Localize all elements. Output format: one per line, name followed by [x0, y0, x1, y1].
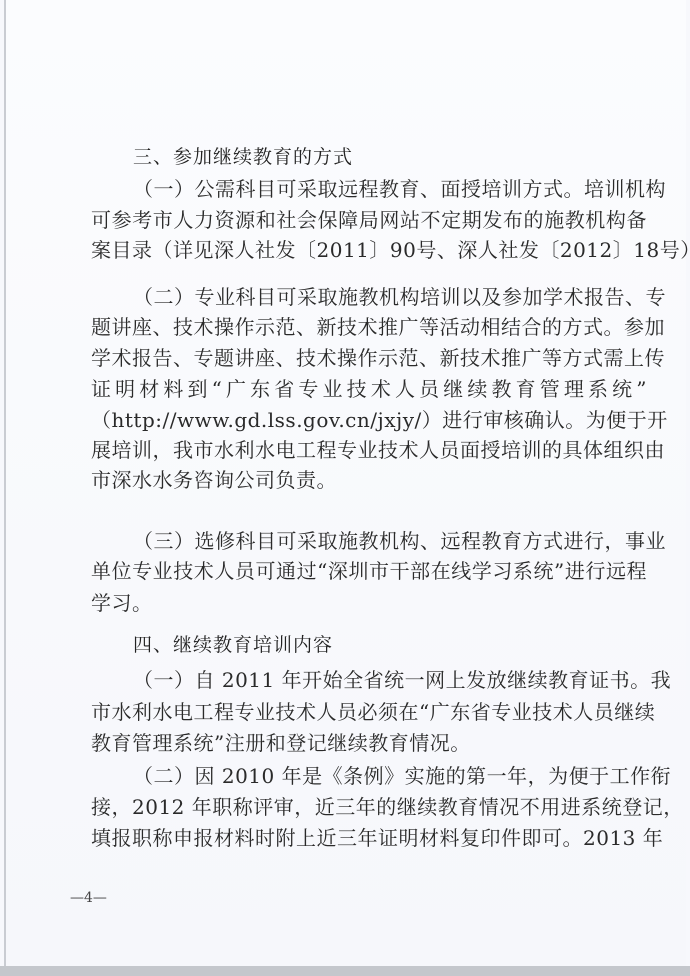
paragraph-line: （二）因 2010 年是《条例》实施的第一年，为便于工作衔 [133, 764, 647, 788]
paragraph-line: （一）自 2011 年开始全省统一网上发放继续教育证书。我 [133, 668, 647, 692]
url-line: （http://www.gd.lss.gov.cn/jxjy/）进行审核确认。为… [91, 408, 647, 432]
paragraph-line: （三）选修科目可采取施教机构、远程教育方式进行，事业 [133, 529, 647, 553]
document-page: 三、参加继续教育的方式 （一）公需科目可采取远程教育、面授培训方式。培训机构 可… [4, 0, 686, 966]
page-number: —4— [70, 890, 107, 906]
section-heading-4: 四、继续教育培训内容 [133, 633, 333, 657]
paragraph-line: 案目录（详见深人社发〔2011〕90号、深人社发〔2012〕18号）。 [91, 238, 647, 262]
paragraph-line: 单位专业技术人员可通过“深圳市干部在线学习系统”进行远程 [91, 559, 647, 583]
paragraph-line: 题讲座、技术操作示范、新技术推广等活动相结合的方式。参加 [91, 315, 647, 339]
paragraph-line: 可参考市人力资源和社会保障局网站不定期发布的施教机构备 [91, 208, 647, 232]
paragraph-line: 学习。 [91, 591, 647, 615]
paragraph-line: 市深水水务咨询公司负责。 [91, 468, 647, 492]
section-heading-3: 三、参加继续教育的方式 [133, 145, 353, 169]
paragraph-line: （二）专业科目可采取施教机构培训以及参加学术报告、专 [133, 285, 647, 309]
paragraph-line: 证明材料到“广东省专业技术人员继续教育管理系统” [91, 377, 647, 401]
paragraph-line: 教育管理系统”注册和登记继续教育情况。 [91, 731, 647, 755]
paragraph-line: 展培训，我市水利水电工程专业技术人员面授培训的具体组织由 [91, 438, 647, 462]
scan-edge [0, 966, 690, 976]
paragraph-line: （一）公需科目可采取远程教育、面授培训方式。培训机构 [133, 177, 647, 201]
paragraph-line: 接，2012 年职称评审，近三年的继续教育情况不用进系统登记， [91, 795, 647, 819]
paragraph-line: 市水利水电工程专业技术人员必须在“广东省专业技术人员继续 [91, 700, 647, 724]
paragraph-line: 学术报告、专题讲座、技术操作示范、新技术推广等方式需上传 [91, 346, 647, 370]
paragraph-line: 填报职称申报材料时附上近三年证明材料复印件即可。2013 年 [91, 826, 647, 850]
